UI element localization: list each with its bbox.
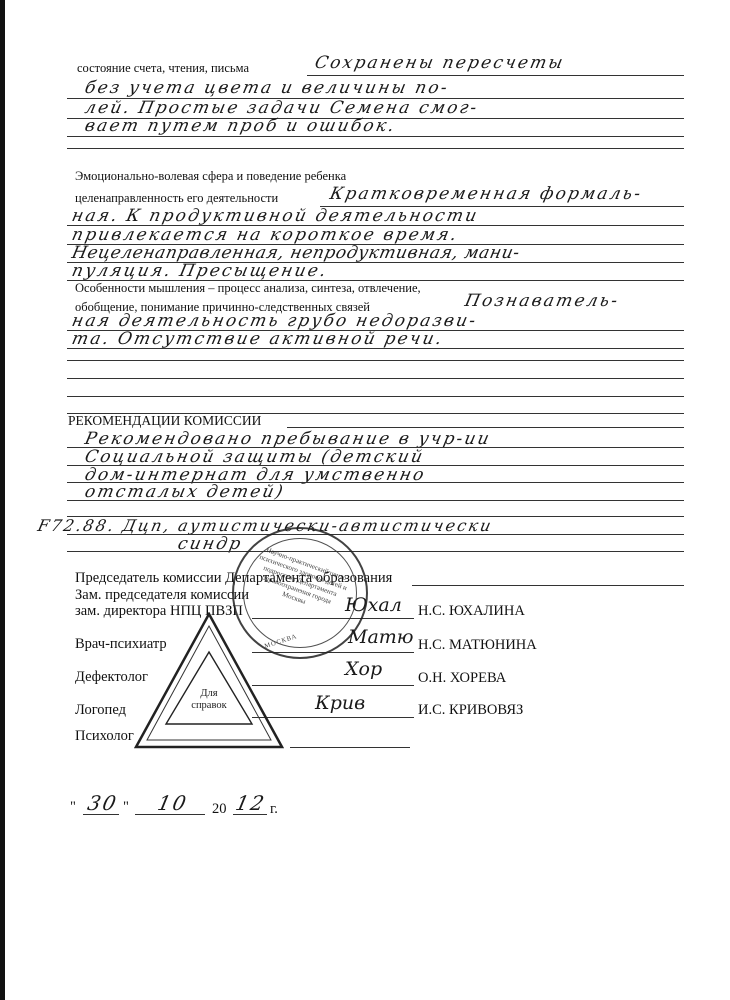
date-year-line [233,814,267,815]
rule-line [67,551,684,552]
rule-line [67,378,684,379]
handwritten-reading-line-3: лей. Простые задачи Семена смог- [83,100,480,117]
rule-line [67,136,684,137]
handwritten-emotional-line-4: Нецеленаправленная, непродуктивная, мани… [70,245,521,262]
handwritten-recommendation-line-4: отсталых детей) [83,484,286,501]
rule-line [67,360,684,361]
signature-line-chair [412,585,684,586]
rule-line [307,75,684,76]
recommendations-heading: РЕКОМЕНДАЦИИ КОМИССИИ [68,414,261,428]
role-speech-therapist: Логопед [75,703,126,718]
thinking-label-line-1: Особенности мышления – процесс анализа, … [75,282,421,295]
handwritten-thinking-line-3: та. Отсутствие активной речи. [70,331,445,348]
handwritten-reading-line-2: без учета цвета и величины по- [83,80,450,97]
date-close-quote: " [123,800,129,815]
handwritten-thinking-line-1: Познаватель- [463,293,621,310]
name-speech-therapist: И.С. КРИВОВЯЗ [418,703,523,718]
scan-left-edge [0,0,5,1000]
handwritten-diagnosis-line-1: F72.88. Дцп, аутистически-автистически [36,518,494,534]
triangle-stamp-text-line-2: справок [134,700,284,712]
name-psychiatrist: Н.С. МАТЮНИНА [418,638,537,653]
date-year: 12 [234,793,268,813]
rule-line [287,427,684,428]
triangle-stamp: Для справок [134,612,284,750]
handwritten-emotional-line-3: привлекается на короткое время. [70,227,460,244]
name-deputy: Н.С. ЮХАЛИНА [418,604,525,619]
signature-psychiatrist: Матю [348,626,414,648]
date-day: 30 [86,793,120,813]
rule-line [67,348,684,349]
rule-line [67,534,684,535]
rule-line [67,500,684,501]
handwritten-emotional-line-2: ная. К продуктивной деятельности [70,208,480,225]
date-month-line [135,814,205,815]
date-century: 20 [212,802,227,817]
date-open-quote: " [70,800,76,815]
handwritten-reading-line-4: вает путем проб и ошибок. [83,118,397,135]
handwritten-reading-line-1: Сохранены пересчеты [313,55,566,72]
emotional-heading: Эмоционально-волевая сфера и поведение р… [75,170,346,183]
signature-line-psychologist [290,747,410,748]
handwritten-thinking-line-2: ная деятельность грубо недоразви- [70,313,479,330]
handwritten-emotional-line-1: Кратковременная формаль- [328,186,644,203]
role-psychologist: Психолог [75,729,134,744]
signature-speech-therapist: Крив [315,692,365,714]
name-defectologist: О.Н. ХОРЕВА [418,671,506,686]
date-suffix: г. [270,802,278,817]
handwritten-recommendation-line-1: Рекомендовано пребывание в учр-ии [83,431,492,448]
triangle-stamp-text-line-1: Для [134,688,284,700]
reading-writing-label: состояние счета, чтения, письма [77,62,249,75]
rule-line [67,148,684,149]
goal-directedness-label: целенаправленность его деятельности [75,192,278,205]
handwritten-recommendation-line-2: Социальной защиты (детский [83,449,426,466]
triangle-stamp-shape [134,612,284,750]
handwritten-emotional-line-5: пуляция. Пресыщение. [70,263,329,280]
rule-line [67,396,684,397]
date-month: 10 [156,793,190,813]
deputy-label-line-1: Зам. председателя комиссии [75,588,249,603]
date-day-line [83,814,119,815]
signature-defectologist: Хор [345,658,382,680]
